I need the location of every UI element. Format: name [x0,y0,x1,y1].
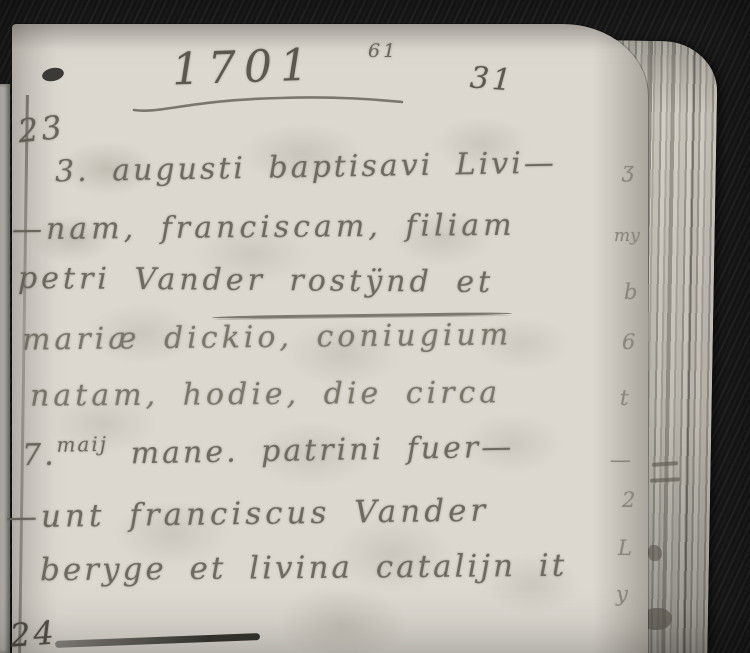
edge-ink-fragment: y [616,582,628,606]
manuscript-line-2: —nam, franciscam, filiam [12,208,516,247]
edge-ink-fragment: ʒ [622,158,634,182]
manuscript-line-5: natam, hodie, die circa [30,375,501,413]
edge-ink-fragment: 6 [622,330,635,354]
manuscript-line-4: mariæ dickio, coniugium [22,317,513,357]
interlinear-insertion: maij [56,432,108,457]
edge-ink-fragment: my [614,226,640,246]
manuscript-line-8: beryge et livina catalijn it [40,548,567,589]
line-6-rest: mane. patrini fuer— [108,430,515,472]
day-number: 7. [22,438,57,474]
manuscript-line-3: petri Vander rostÿnd et [18,261,494,300]
manuscript-line-7: —unt franciscus Vander [6,493,490,536]
entry-number-bottom: 24 [9,613,58,653]
fore-edge-ink-mark [648,545,662,561]
year-heading: 1701 [171,40,317,96]
small-page-number: 61 [368,40,398,62]
underline-flourish [130,90,410,116]
edge-ink-fragment: b [624,280,637,304]
edge-ink-fragment: L [618,536,632,560]
edge-ink-fragment: 2 [622,488,635,512]
edge-ink-fragment: t [620,386,628,410]
ink-blot [41,66,65,83]
edge-ink-fragment: — [610,448,631,472]
folio-number: 31 [469,61,516,99]
underlying-page-sliver [0,84,10,653]
entry-number-top: 23 [16,108,66,151]
photograph-of-baptismal-register: 1701 61 31 23 24 3. augusti baptisavi Li… [0,0,750,653]
